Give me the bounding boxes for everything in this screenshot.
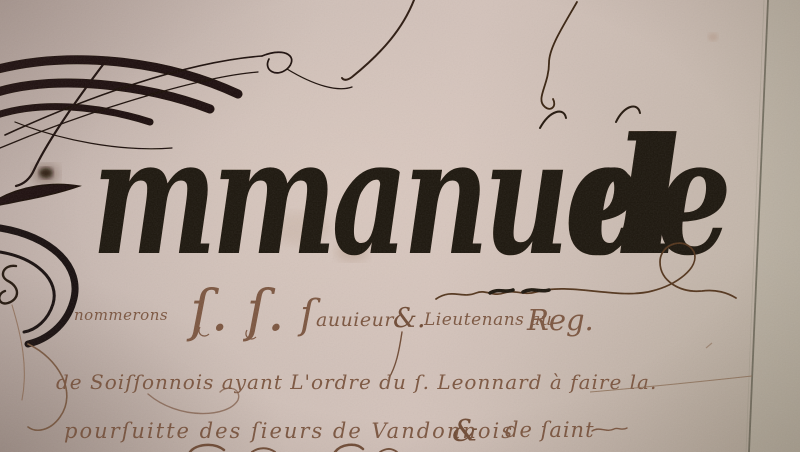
photo-vignette [0, 0, 800, 452]
manuscript-photo: mmanuel de nommerons ſ. ſ. ſ auuieur &. … [0, 0, 800, 452]
